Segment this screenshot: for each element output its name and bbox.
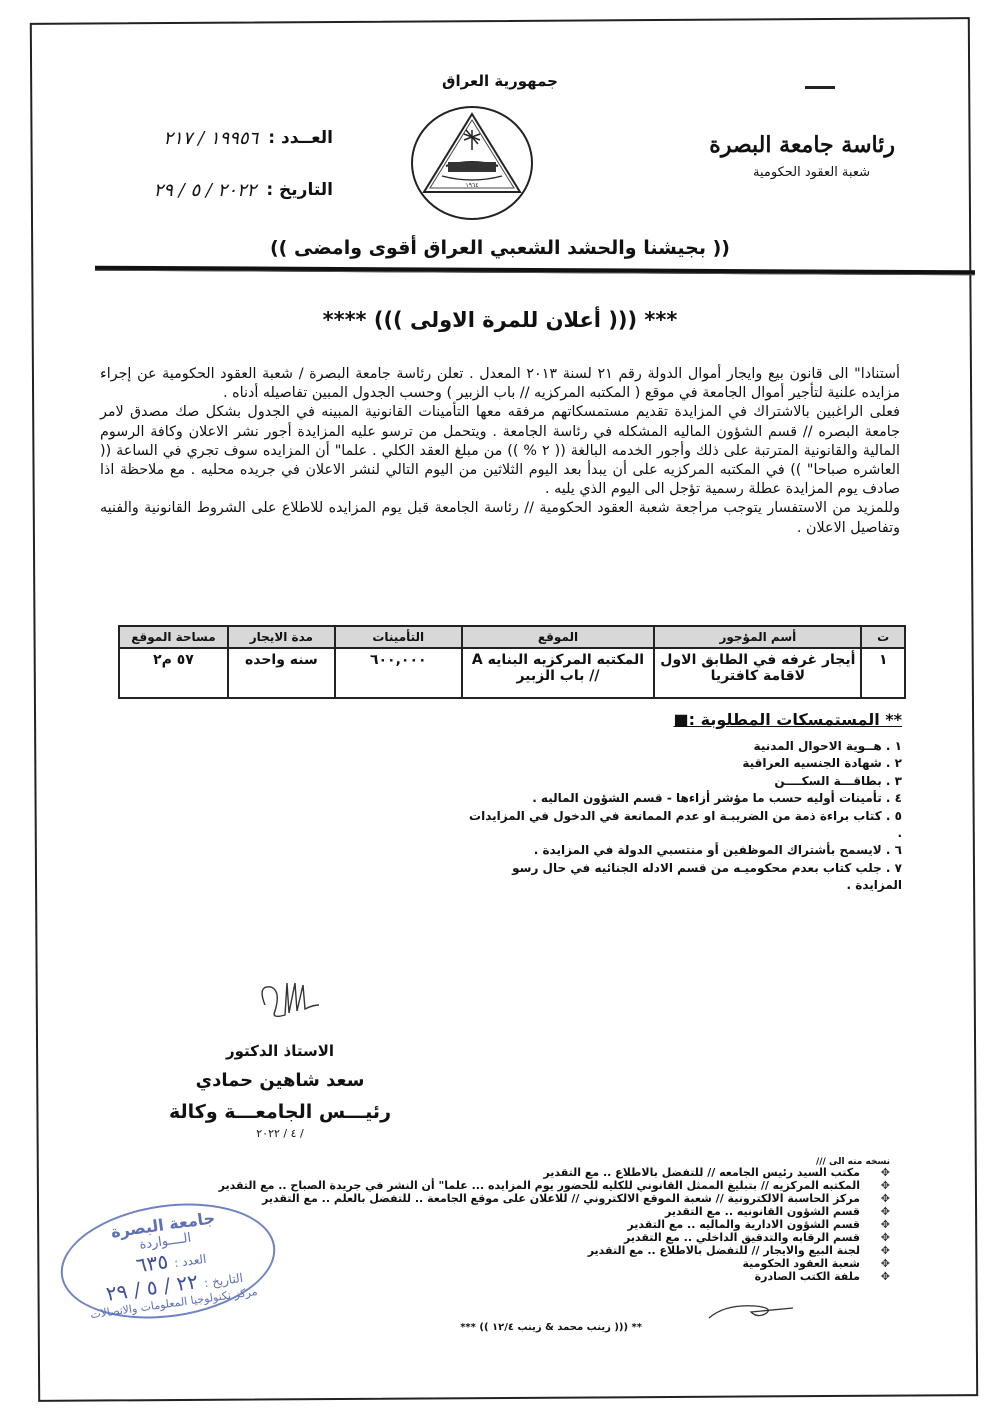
date-label: التاريخ :: [266, 180, 333, 201]
typist-note: ** ((( زينب محمد & زينب ١٢/٤ )) ***: [460, 1322, 642, 1333]
copies-list: ✥مكتب السيد رئيس الجامعه // للتفضل بالاط…: [190, 1166, 890, 1283]
incoming-stamp: جامعة البصرة الــــواردة العدد :٦٣٥ التا…: [53, 1191, 282, 1332]
col-header-deposit: التأمينات: [335, 626, 462, 648]
bullet-icon: ✥: [878, 1257, 890, 1270]
bullet-icon: ✥: [878, 1166, 890, 1179]
divider: [95, 266, 975, 276]
initials-scribble-icon: [705, 1300, 795, 1326]
bullet-icon: ✥: [878, 1205, 890, 1218]
copy-item: ✥ملفة الكتب الصادرة: [190, 1270, 890, 1283]
signature-block: الاستاذ الدكتور سعد شاهين حمادي رئيـــس …: [140, 1042, 420, 1140]
svg-text:١٩٦٤: ١٩٦٤: [466, 182, 479, 189]
table-row: ١ أيجار غرفه في الطابق الاول لاقامة كافت…: [119, 648, 905, 698]
body-paragraph: فعلى الراغبين بالاشتراك في المزايدة تقدي…: [100, 403, 900, 499]
bullet-icon: ✥: [878, 1179, 890, 1192]
col-header-duration: مدة الايجار: [228, 626, 335, 648]
slogan: (( بجيشنا والحشد الشعبي العراق أقوى وامض…: [200, 237, 800, 259]
organization-subtitle: شعبة العقود الحكومية: [753, 165, 870, 180]
col-header-area: مساحة الموقع: [119, 626, 228, 648]
copy-item: ✥قسم الرقابه والتدقيق الداخلي .. مع التق…: [190, 1231, 890, 1244]
top-mark: [805, 86, 835, 89]
col-header-no: ت: [861, 626, 905, 648]
requirement-item: ٧ . جلب كتاب بعدم محكوميـه من قسم الادله…: [462, 860, 902, 895]
requirement-item: ٥ . كتاب براءة ذمة من الضريبـة او عدم ال…: [462, 808, 902, 843]
signature-scribble-icon: [255, 975, 325, 1025]
cell-name: أيجار غرفه في الطابق الاول لاقامة كافتري…: [654, 648, 861, 698]
requirement-item: ٢ . شهادة الجنسيه العراقية: [462, 755, 902, 772]
copy-item: ✥شعبة العقود الحكومية: [190, 1257, 890, 1270]
copy-item: ✥المكتبه المركزيه // بتبليغ الممثل القان…: [190, 1179, 890, 1192]
announcement-body: أستنادا" الى قانون بيع وايجار أموال الدو…: [100, 365, 900, 538]
signatory-position: رئيـــس الجامعـــة وكالة: [140, 1101, 420, 1123]
cell-no: ١: [861, 648, 905, 698]
bullet-icon: ✥: [878, 1231, 890, 1244]
reference-number: العــدد : ١٩٩٥٦ / ٢١٧: [88, 128, 333, 149]
reference-value: ١٩٩٥٦ / ٢١٧: [163, 128, 258, 149]
cell-deposit: ٦٠٠,٠٠٠: [335, 648, 462, 698]
col-header-location: الموقع: [462, 626, 655, 648]
body-paragraph: أستنادا" الى قانون بيع وايجار أموال الدو…: [100, 365, 900, 403]
copy-item: ✥مركز الحاسبة الالكترونية // شعبة الموقع…: [190, 1192, 890, 1205]
signatory-name: سعد شاهين حمادي: [140, 1070, 420, 1091]
copy-item: ✥قسم الشؤون الادارية والماليه .. مع التق…: [190, 1218, 890, 1231]
date-value: ٢٠٢٢ / ٥ / ٢٩: [154, 180, 257, 201]
bullet-icon: ✥: [878, 1244, 890, 1257]
requirement-item: ٤ . تأمينات أوليه حسب ما مؤشر أزاءها - ق…: [462, 790, 902, 807]
reference-label: العــدد :: [268, 128, 333, 149]
requirement-item: ١ . هــوية الاحوال المدنية: [462, 738, 902, 755]
requirement-item: ٣ . بطاقـــة السكــــن: [462, 773, 902, 790]
university-emblem-icon: ١٩٦٤: [408, 104, 536, 222]
col-header-name: أسم المؤجور: [654, 626, 861, 648]
copy-item: ✥قسم الشؤون القانونيه .. مع التقدير: [190, 1205, 890, 1218]
requirements-title: ** المستمسكات المطلوبة :■: [674, 710, 902, 729]
bullet-icon: ✥: [878, 1218, 890, 1231]
signature-date: / ٤ / ٢٠٢٢: [140, 1127, 420, 1140]
table-header-row: ت أسم المؤجور الموقع التأمينات مدة الايج…: [119, 626, 905, 648]
signatory-title: الاستاذ الدكتور: [140, 1042, 420, 1060]
bullet-icon: ✥: [878, 1192, 890, 1205]
copy-item: ✥مكتب السيد رئيس الجامعه // للتفضل بالاط…: [190, 1166, 890, 1179]
reference-date: التاريخ : ٢٠٢٢ / ٥ / ٢٩: [88, 180, 333, 201]
announcement-title: *** ((( أعلان للمرة الاولى ))) ****: [250, 308, 750, 332]
body-paragraph: وللمزيد من الاستفسار يتوجب مراجعة شعبة ا…: [100, 499, 900, 537]
requirement-item: ٦ . لايسمح بأشتراك الموظفين أو منتسبي ال…: [462, 842, 902, 859]
cell-area: ٥٧ م٢: [119, 648, 228, 698]
cell-duration: سنه واحده: [228, 648, 335, 698]
cell-location: المكتبه المركزيه البنايه A // باب الزبير: [462, 648, 655, 698]
bullet-icon: ✥: [878, 1270, 890, 1283]
document-page: جمهورية العراق رئاسة جامعة البصرة شعبة ا…: [0, 0, 1000, 1414]
organization-title: رئاسة جامعة البصرة: [709, 132, 895, 158]
republic-heading: جمهورية العراق: [380, 72, 620, 90]
copy-item: ✥لجنة البيع والايجار // للتفضل بالاطلاع …: [190, 1244, 890, 1257]
requirements-list: ١ . هــوية الاحوال المدنية ٢ . شهادة الج…: [462, 738, 902, 895]
auction-table: ت أسم المؤجور الموقع التأمينات مدة الايج…: [118, 625, 906, 699]
